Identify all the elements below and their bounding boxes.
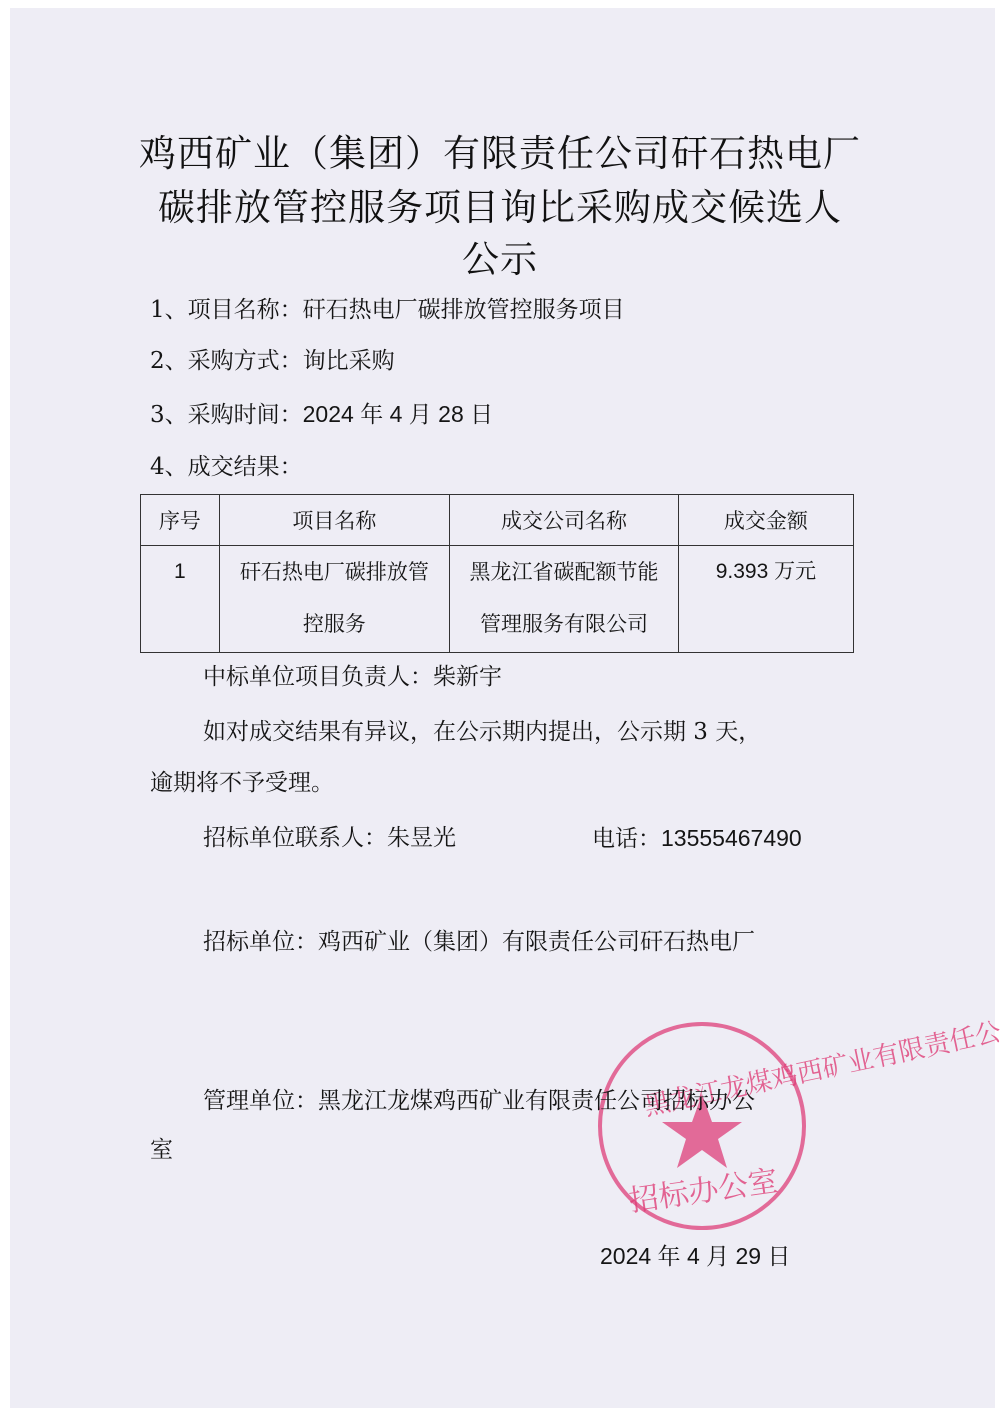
objection-notice-line-2: 逾期将不予受理。 — [150, 767, 334, 799]
contact-phone: 电话：13555467490 — [592, 822, 802, 855]
management-unit: 管理单位：黑龙江龙煤鸡西矿业有限责任公司招标办公 — [203, 1085, 755, 1117]
project-lead: 中标单位项目负责人：柴新宇 — [203, 661, 502, 693]
contact-person: 招标单位联系人：朱昱光 — [203, 822, 456, 854]
document-title-line-3: 公示 — [0, 234, 1000, 286]
item-project-name: 1、项目名称：矸石热电厂碳排放管控服务项目 — [150, 294, 625, 326]
tender-unit-label: 招标单位： — [203, 929, 318, 955]
item-value: 矸石热电厂碳排放管控服务项目 — [303, 297, 625, 323]
issue-date: 2024 年 4 月 29 日 — [600, 1240, 791, 1272]
company-name-line-1: 黑龙江省碳配额节能 — [456, 546, 672, 598]
header-company-name: 成交公司名称 — [450, 495, 679, 546]
management-unit-line-2: 室 — [150, 1134, 173, 1166]
header-index: 序号 — [141, 495, 220, 546]
item-label: 4、成交结果： — [150, 454, 303, 480]
phone-number: 13555467490 — [661, 825, 802, 851]
cell-amount: 9.393 万元 — [678, 546, 853, 653]
result-table: 序号 项目名称 成交公司名称 成交金额 1 矸石热电厂碳排放管 控服务 黑龙江省… — [140, 494, 854, 653]
objection-notice-line-1: 如对成交结果有异议，在公示期内提出，公示期 3 天， — [203, 716, 761, 748]
item-label: 1、项目名称： — [150, 297, 303, 323]
document-title-line-1: 鸡西矿业（集团）有限责任公司矸石热电厂 — [0, 128, 1000, 180]
tender-unit: 招标单位：鸡西矿业（集团）有限责任公司矸石热电厂 — [203, 926, 755, 958]
document-title-line-2: 碳排放管控服务项目询比采购成交候选人 — [0, 182, 1000, 234]
cell-company-name: 黑龙江省碳配额节能 管理服务有限公司 — [450, 546, 679, 653]
project-lead-name: 柴新宇 — [433, 664, 502, 690]
contact-name: 朱昱光 — [387, 825, 456, 851]
project-lead-label: 中标单位项目负责人： — [203, 664, 433, 690]
item-procurement-method: 2、采购方式：询比采购 — [150, 345, 395, 377]
official-seal: 黑龙江龙煤鸡西矿业有限责任公司 招标办公室 — [598, 1022, 806, 1230]
table-header-row: 序号 项目名称 成交公司名称 成交金额 — [141, 495, 854, 546]
project-name-line-2: 控服务 — [226, 598, 444, 650]
tender-unit-name: 鸡西矿业（集团）有限责任公司矸石热电厂 — [318, 929, 755, 955]
item-value: 询比采购 — [303, 348, 395, 374]
header-project-name: 项目名称 — [219, 495, 450, 546]
item-value: 2024 年 4 月 28 日 — [303, 401, 494, 427]
phone-label: 电话： — [592, 826, 661, 852]
management-unit-name: 黑龙江龙煤鸡西矿业有限责任公司招标办公 — [318, 1088, 755, 1114]
item-procurement-date: 3、采购时间：2024 年 4 月 28 日 — [150, 398, 493, 431]
company-name-line-2: 管理服务有限公司 — [456, 598, 672, 650]
contact-label: 招标单位联系人： — [203, 825, 387, 851]
item-result: 4、成交结果： — [150, 451, 303, 483]
cell-index: 1 — [141, 546, 220, 653]
header-amount: 成交金额 — [678, 495, 853, 546]
table-row: 1 矸石热电厂碳排放管 控服务 黑龙江省碳配额节能 管理服务有限公司 9.393… — [141, 546, 854, 653]
item-label: 2、采购方式： — [150, 348, 303, 374]
management-unit-label: 管理单位： — [203, 1088, 318, 1114]
cell-project-name: 矸石热电厂碳排放管 控服务 — [219, 546, 450, 653]
item-label: 3、采购时间： — [150, 402, 303, 428]
project-name-line-1: 矸石热电厂碳排放管 — [226, 546, 444, 598]
